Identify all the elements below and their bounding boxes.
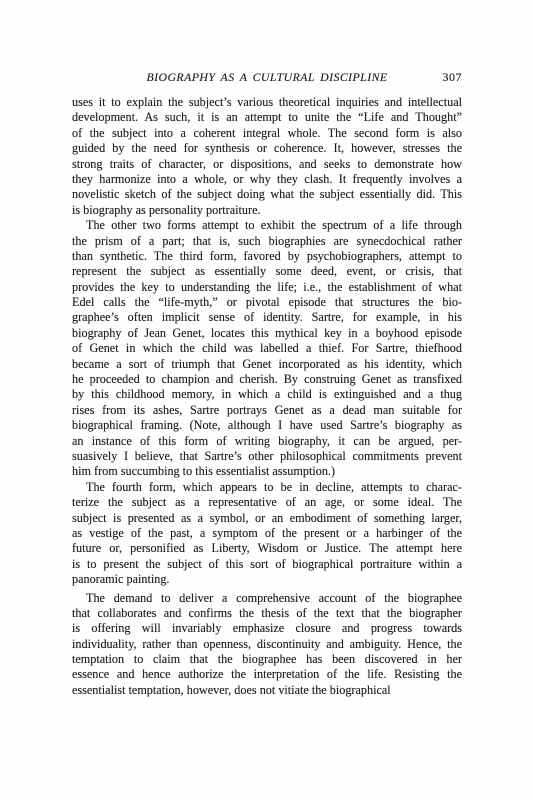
text-line: biographical framing. (Note, although I … (72, 418, 462, 433)
text-line: panoramic painting. (72, 572, 462, 587)
text-line: suasively I believe, that Sartre’s other… (72, 449, 462, 464)
text-line: that collaborates and confirms the thesi… (72, 606, 462, 621)
text-line: is biography as personality portraiture. (72, 203, 462, 218)
page-body: uses it to explain the subject’s various… (72, 95, 462, 698)
text-line: of the subject into a coherent integral … (72, 126, 462, 141)
text-line: rises from its ashes, Sartre portrays Ge… (72, 403, 462, 418)
page-header: BIOGRAPHY AS A CULTURAL DISCIPLINE 307 (72, 69, 462, 85)
text-line: subject is presented as a symbol, or an … (72, 511, 462, 526)
text-line: development. As such, it is an attempt t… (72, 110, 462, 125)
text-line: represent the subject as essentially som… (72, 264, 462, 279)
text-line: Edel calls the “life-myth,” or pivotal e… (72, 295, 462, 310)
text-line: strong traits of character, or dispositi… (72, 157, 462, 172)
running-head-title: BIOGRAPHY AS A CULTURAL DISCIPLINE (72, 69, 462, 85)
text-line: The demand to deliver a comprehensive ac… (72, 591, 462, 606)
paragraph: The fourth form, which appears to be in … (72, 480, 462, 588)
text-line: graphee’s often implicit sense of identi… (72, 310, 462, 325)
text-line: future or, personified as Liberty, Wisdo… (72, 541, 462, 556)
text-line: provides the key to understanding the li… (72, 280, 462, 295)
text-line: the prism of a part; that is, such biogr… (72, 234, 462, 249)
text-line: by this childhood memory, in which a chi… (72, 387, 462, 402)
text-line: of Genet in which the child was labelled… (72, 341, 462, 356)
text-line: as vestige of the past, a symptom of the… (72, 526, 462, 541)
text-line: The fourth form, which appears to be in … (72, 480, 462, 495)
text-line: essence and hence authorize the interpre… (72, 667, 462, 682)
document-page: BIOGRAPHY AS A CULTURAL DISCIPLINE 307 u… (0, 0, 533, 800)
text-line: terize the subject as a representative o… (72, 495, 462, 510)
text-line: an instance of this form of writing biog… (72, 434, 462, 449)
paragraph: uses it to explain the subject’s various… (72, 95, 462, 218)
text-line: temptation to claim that the biographee … (72, 652, 462, 667)
text-line: him from succumbing to this essentialist… (72, 464, 462, 479)
text-line: he proceeded to champion and cherish. By… (72, 372, 462, 387)
text-line: became a sort of triumph that Genet inco… (72, 357, 462, 372)
paragraph: The other two forms attempt to exhibit t… (72, 218, 462, 480)
page-number: 307 (443, 69, 463, 85)
paragraph: The demand to deliver a comprehensive ac… (72, 591, 462, 699)
text-line: than synthetic. The third form, favored … (72, 249, 462, 264)
text-line: individuality, rather than openness, dis… (72, 637, 462, 652)
text-line: uses it to explain the subject’s various… (72, 95, 462, 110)
text-line: is offering will invariably emphasize cl… (72, 621, 462, 636)
text-line: The other two forms attempt to exhibit t… (72, 218, 462, 233)
text-line: novelistic sketch of the subject doing w… (72, 187, 462, 202)
text-line: is to present the subject of this sort o… (72, 557, 462, 572)
text-line: essentialist temptation, however, does n… (72, 683, 462, 698)
text-line: guided by the need for synthesis or cohe… (72, 141, 462, 156)
text-line: biography of Jean Genet, locates this my… (72, 326, 462, 341)
text-line: they harmonize into a whole, or why they… (72, 172, 462, 187)
